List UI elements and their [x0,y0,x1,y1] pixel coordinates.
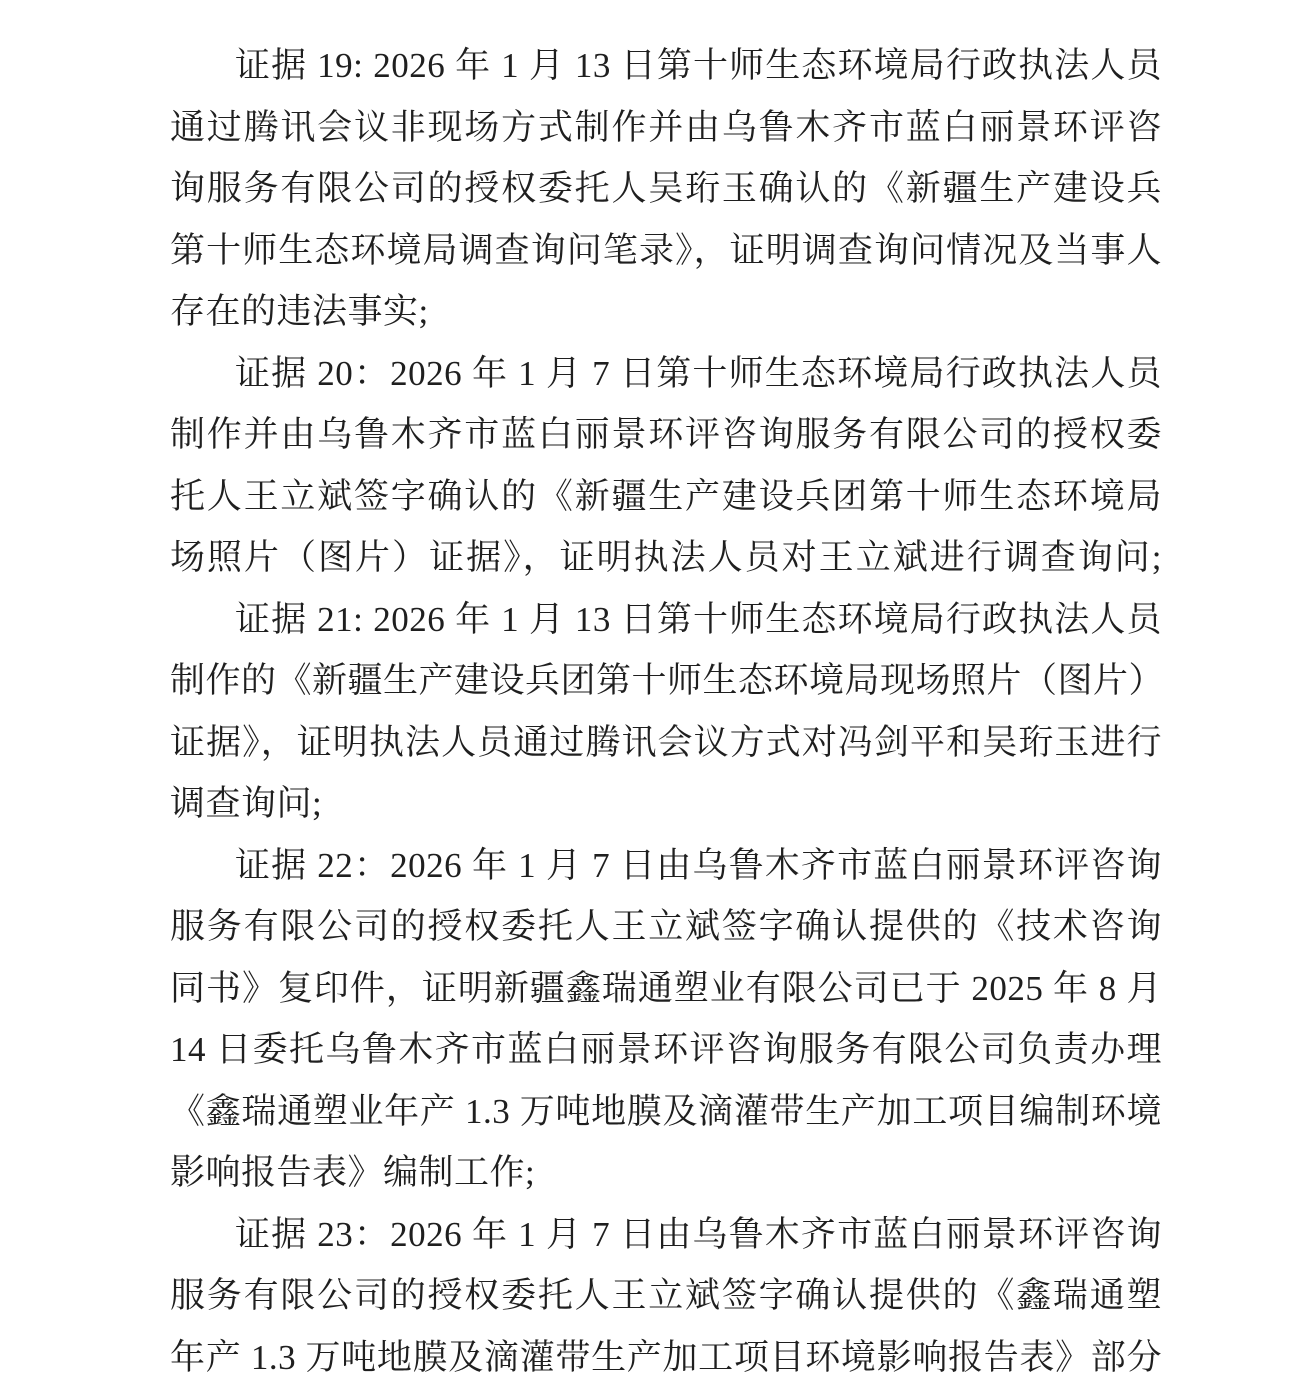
document-text-block: 证据 19: 2026 年 1 月 13 日第十师生态环境局行政执法人员通过腾讯… [170,35,1162,1388]
paragraph-evidence-23: 证据 23：2026 年 1 月 7 日由乌鲁木齐市蓝白丽景环评咨询服务有限公司… [170,1204,1162,1389]
text-line-evidence-22-4: 14 日委托乌鲁木齐市蓝白丽景环评咨询服务有限公司负责办理 [170,1019,1162,1081]
text-line-evidence-23-3: 年产 1.3 万吨地膜及滴灌带生产加工项目环境影响报告表》部分 [170,1327,1162,1389]
text-line-evidence-19-5: 存在的违法事实; [170,281,1162,343]
text-line-evidence-21-3: 证据》，证明执法人员通过腾讯会议方式对冯剑平和吴珩玉进行 [170,712,1162,774]
document-page: 证据 19: 2026 年 1 月 13 日第十师生态环境局行政执法人员通过腾讯… [0,0,1299,1400]
text-line-evidence-22-2: 服务有限公司的授权委托人王立斌签字确认提供的《技术咨询合 [170,896,1162,958]
paragraph-evidence-21: 证据 21: 2026 年 1 月 13 日第十师生态环境局行政执法人员制作的《… [170,589,1162,835]
text-line-evidence-20-2: 制作并由乌鲁木齐市蓝白丽景环评咨询服务有限公司的授权委 [170,404,1162,466]
text-line-evidence-19-3: 询服务有限公司的授权委托人吴珩玉确认的《新疆生产建设兵团 [170,158,1162,220]
paragraph-evidence-22: 证据 22：2026 年 1 月 7 日由乌鲁木齐市蓝白丽景环评咨询服务有限公司… [170,835,1162,1204]
text-line-evidence-19-2: 通过腾讯会议非现场方式制作并由乌鲁木齐市蓝白丽景环评咨 [170,97,1162,159]
text-line-evidence-22-1: 证据 22：2026 年 1 月 7 日由乌鲁木齐市蓝白丽景环评咨询 [170,835,1162,897]
text-line-evidence-20-3: 托人王立斌签字确认的《新疆生产建设兵团第十师生态环境局现 [170,466,1162,528]
text-line-evidence-19-1: 证据 19: 2026 年 1 月 13 日第十师生态环境局行政执法人员 [170,35,1162,97]
text-line-evidence-19-4: 第十师生态环境局调查询问笔录》，证明调查询问情况及当事人 [170,220,1162,282]
text-line-evidence-22-6: 影响报告表》编制工作; [170,1142,1162,1204]
text-line-evidence-21-1: 证据 21: 2026 年 1 月 13 日第十师生态环境局行政执法人员 [170,589,1162,651]
text-line-evidence-20-4: 场照片（图片）证据》，证明执法人员对王立斌进行调查询问; [170,527,1162,589]
text-line-evidence-22-5: 《鑫瑞通塑业年产 1.3 万吨地膜及滴灌带生产加工项目编制环境 [170,1081,1162,1143]
paragraph-evidence-20: 证据 20：2026 年 1 月 7 日第十师生态环境局行政执法人员制作并由乌鲁… [170,343,1162,589]
text-line-evidence-20-1: 证据 20：2026 年 1 月 7 日第十师生态环境局行政执法人员 [170,343,1162,405]
text-line-evidence-21-4: 调查询问; [170,773,1162,835]
text-line-evidence-21-2: 制作的《新疆生产建设兵团第十师生态环境局现场照片（图片） [170,650,1162,712]
paragraph-evidence-19: 证据 19: 2026 年 1 月 13 日第十师生态环境局行政执法人员通过腾讯… [170,35,1162,343]
text-line-evidence-23-1: 证据 23：2026 年 1 月 7 日由乌鲁木齐市蓝白丽景环评咨询 [170,1204,1162,1266]
text-line-evidence-22-3: 同书》复印件，证明新疆鑫瑞通塑业有限公司已于 2025 年 8 月 [170,958,1162,1020]
text-line-evidence-23-2: 服务有限公司的授权委托人王立斌签字确认提供的《鑫瑞通塑业 [170,1265,1162,1327]
